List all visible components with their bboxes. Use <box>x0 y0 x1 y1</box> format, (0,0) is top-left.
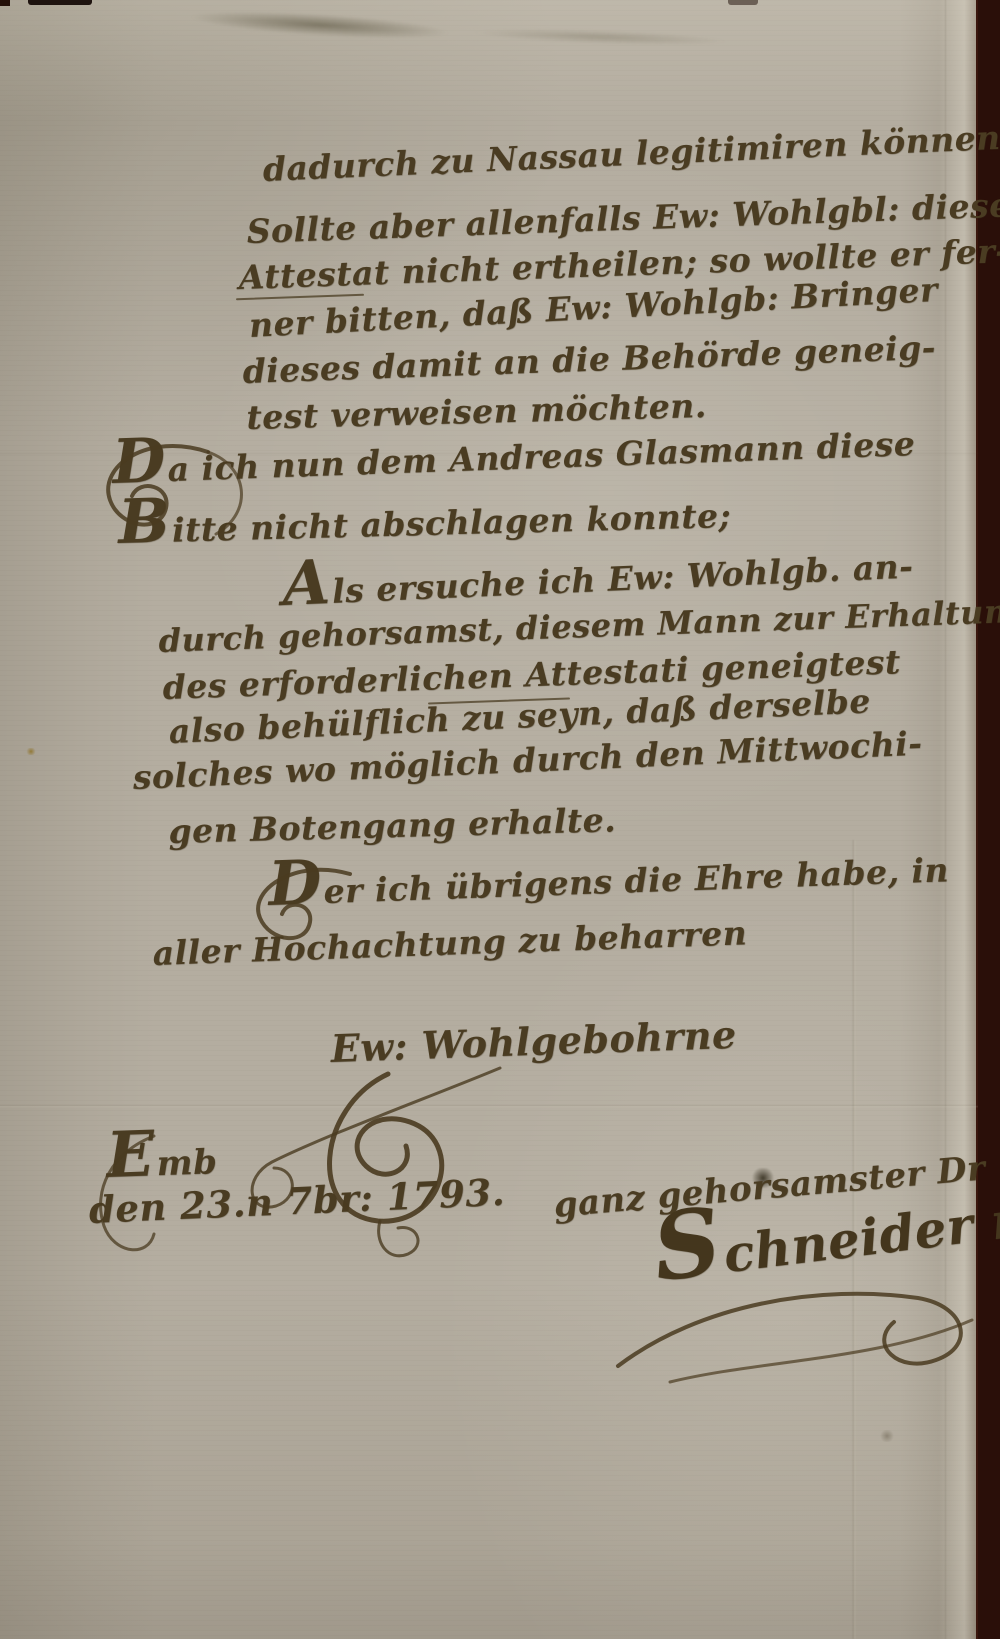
edge-mark <box>0 0 10 6</box>
dateline-place: Emb <box>106 1142 218 1186</box>
edge-mark <box>728 0 758 5</box>
edge-mark <box>28 0 92 5</box>
scanned-manuscript: dadurch zu Nassau legitimiren können. So… <box>0 0 1000 1639</box>
